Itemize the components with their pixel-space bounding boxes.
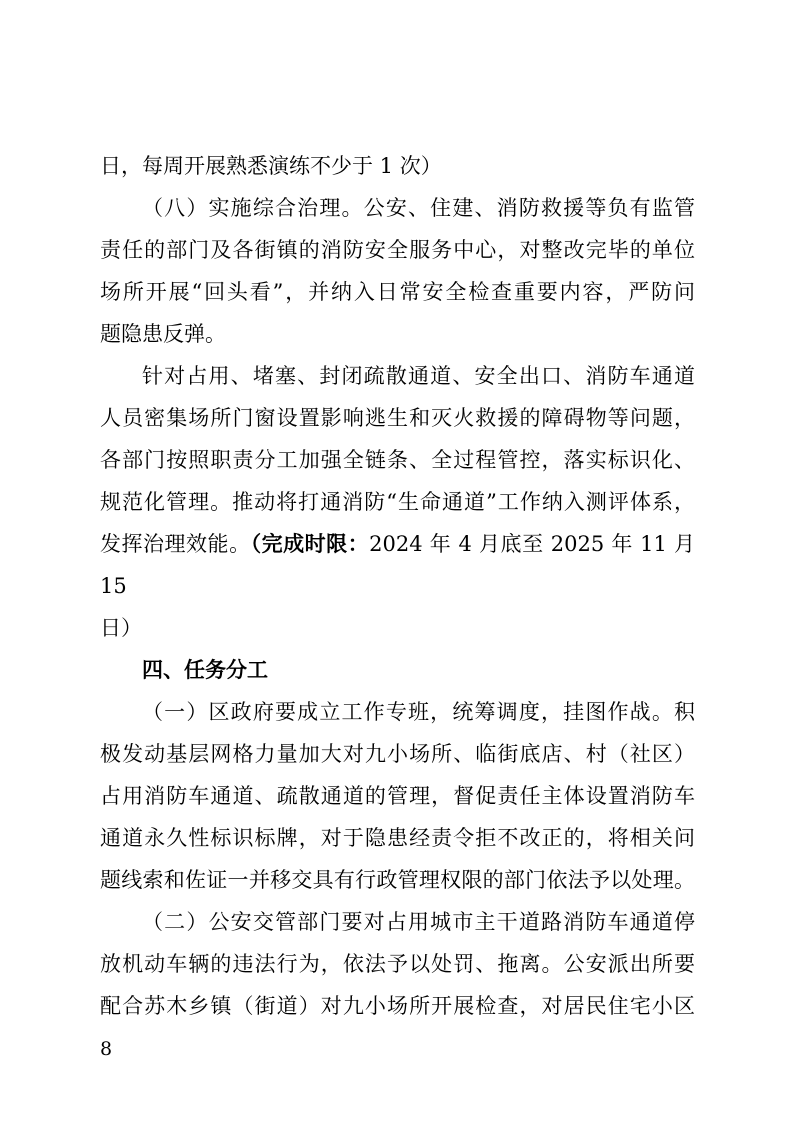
paragraph-line: 责任的部门及各街镇的消防安全服务中心，对整改完毕的单位: [100, 229, 695, 271]
paragraph-line: 题隐患反弹。: [100, 313, 695, 355]
paragraph-line: （八）实施综合治理。公安、住建、消防救援等负有监管: [100, 187, 695, 229]
paragraph-line: 人员密集场所门窗设置影响逃生和灭火救援的障碍物等问题，: [100, 397, 695, 439]
deadline-label: （完成时限：: [251, 531, 370, 556]
paragraph-line: 场所开展“回头看”，并纳入日常安全检查重要内容，严防问: [100, 271, 695, 313]
body-text: 发挥治理效能。: [100, 532, 251, 556]
document-body: 日，每周开展熟悉演练不少于 1 次） （八）实施综合治理。公安、住建、消防救援等…: [100, 145, 695, 1027]
paragraph-line: 日）: [100, 607, 695, 649]
paragraph-line: （一）区政府要成立工作专班，统筹调度，挂图作战。积: [100, 691, 695, 733]
paragraph-line: 发挥治理效能。（完成时限：2024 年 4 月底至 2025 年 11 月 15: [100, 523, 695, 607]
paragraph-line: 各部门按照职责分工加强全链条、全过程管控，落实标识化、: [100, 439, 695, 481]
paragraph-line: 极发动基层网格力量加大对九小场所、临街底店、村（社区）: [100, 733, 695, 775]
paragraph-line: 规范化管理。推动将打通消防“生命通道”工作纳入测评体系，: [100, 481, 695, 523]
section-heading: 四、任务分工: [100, 649, 695, 691]
paragraph-line: 占用消防车通道、疏散通道的管理，督促责任主体设置消防车: [100, 775, 695, 817]
paragraph-line: （二）公安交管部门要对占用城市主干道路消防车通道停: [100, 901, 695, 943]
paragraph-line: 针对占用、堵塞、封闭疏散通道、安全出口、消防车通道: [100, 355, 695, 397]
paragraph-line: 日，每周开展熟悉演练不少于 1 次）: [100, 145, 695, 187]
document-page: 日，每周开展熟悉演练不少于 1 次） （八）实施综合治理。公安、住建、消防救援等…: [0, 0, 793, 1122]
paragraph-line: 题线索和佐证一并移交具有行政管理权限的部门依法予以处理。: [100, 859, 695, 901]
page-number: 8: [100, 1036, 112, 1062]
paragraph-line: 放机动车辆的违法行为，依法予以处罚、拖离。公安派出所要: [100, 943, 695, 985]
paragraph-line: 通道永久性标识标牌，对于隐患经责令拒不改正的，将相关问: [100, 817, 695, 859]
paragraph-line: 配合苏木乡镇（街道）对九小场所开展检查，对居民住宅小区: [100, 985, 695, 1027]
